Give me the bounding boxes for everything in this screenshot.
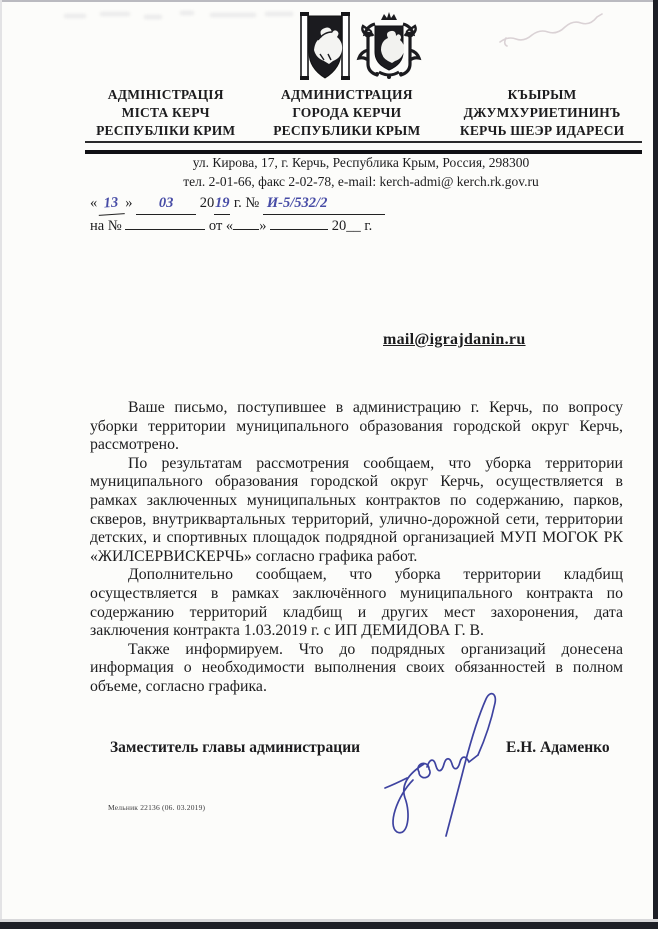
ot-label: от « (209, 218, 233, 234)
reference-reply-line: на № от «» 20__ г. (90, 215, 430, 237)
scan-edge-right (653, 0, 658, 929)
scan-edge-top (0, 0, 658, 2)
signer-name: Е.Н. Адаменко (506, 739, 610, 757)
na-no-label: на № (90, 218, 122, 234)
letterhead-orgs: АДМІНІСТРАЦІЯ МІСТА КЕРЧ РЕСПУБЛІКИ КРИМ… (78, 86, 644, 140)
reference-date-line: «13» 03 2019 г. № И-5/532/2 (90, 192, 430, 215)
executor-note: Мельник 22136 (06. 03.2019) (108, 803, 205, 812)
org-crh-line2: ДЖУМХУРИЕТИНИНЪ (440, 104, 644, 122)
org-ua-line1: АДМІНІСТРАЦІЯ (78, 86, 253, 104)
year-suffix: г. № (234, 195, 259, 211)
contacts-line: тел. 2-01-66, факс 2-02-78, e-mail: kerc… (78, 172, 644, 191)
quote-close: » (125, 195, 132, 211)
blank-incoming-month (270, 229, 328, 230)
blank-incoming-number (125, 229, 205, 230)
ink-smudge (60, 6, 320, 24)
kerch-coat-of-arms-icon (355, 10, 423, 94)
incoming-year-printed: 20__ г. (332, 218, 373, 234)
paragraph: По результатам рассмотрения сообщаем, чт… (90, 455, 623, 567)
org-name-crimean-tatar: КЪЫРЫМ ДЖУМХУРИЕТИНИНЪ КЕРЧЬ ШЕЭР ИДАРЕС… (440, 86, 644, 140)
letterhead-emblems (300, 10, 423, 94)
paragraph: Дополнительно сообщаем, что уборка терри… (90, 566, 623, 640)
org-name-russian: АДМИНИСТРАЦИЯ ГОРОДА КЕРЧИ РЕСПУБЛИКИ КР… (253, 86, 440, 140)
handwritten-month: 03 (136, 192, 196, 215)
org-crh-line1: КЪЫРЫМ (440, 86, 644, 104)
org-ru-line1: АДМИНИСТРАЦИЯ (253, 86, 440, 104)
blank-incoming-day (233, 229, 259, 230)
year-printed: 20 (200, 195, 215, 211)
scan-edge-left (0, 0, 2, 929)
org-ua-line3: РЕСПУБЛІКИ КРИМ (78, 122, 253, 140)
letter-body: Ваше письмо, поступившее в администрацию… (90, 399, 623, 697)
reference-block: «13» 03 2019 г. № И-5/532/2 на № от «» 2… (90, 192, 430, 237)
org-crh-line3: КЕРЧЬ ШЕЭР ИДАРЕСИ (440, 122, 644, 140)
org-ua-line2: МІСТА КЕРЧ (78, 104, 253, 122)
address-line: ул. Кирова, 17, г. Керчь, Республика Кры… (78, 153, 644, 172)
pencil-scribble-icon (492, 8, 622, 50)
handwritten-day: 13 (97, 191, 125, 216)
letterhead-address: ул. Кирова, 17, г. Керчь, Республика Кры… (78, 153, 644, 191)
org-ru-line3: РЕСПУБЛИКИ КРЫМ (253, 122, 440, 140)
scan-edge-bottom (0, 922, 658, 929)
handwritten-year: 19 (214, 192, 230, 215)
handwritten-doc-number: И-5/532/2 (263, 192, 385, 215)
crimea-coat-of-arms-icon (300, 10, 350, 90)
quote-open: « (90, 195, 97, 211)
paragraph: Также информируем. Что до подрядных орга… (90, 641, 623, 697)
recipient-email: mail@igrajdanin.ru (383, 331, 526, 349)
ot-quote-close: » (259, 218, 266, 234)
signer-position: Заместитель главы администрации (110, 739, 360, 757)
org-ru-line2: ГОРОДА КЕРЧИ (253, 104, 440, 122)
scanned-letter-page: АДМІНІСТРАЦІЯ МІСТА КЕРЧ РЕСПУБЛІКИ КРИМ… (0, 0, 658, 929)
handwritten-signature-icon (383, 688, 508, 838)
paragraph: Ваше письмо, поступившее в администрацию… (90, 399, 623, 455)
org-name-ukrainian: АДМІНІСТРАЦІЯ МІСТА КЕРЧ РЕСПУБЛІКИ КРИМ (78, 86, 253, 140)
